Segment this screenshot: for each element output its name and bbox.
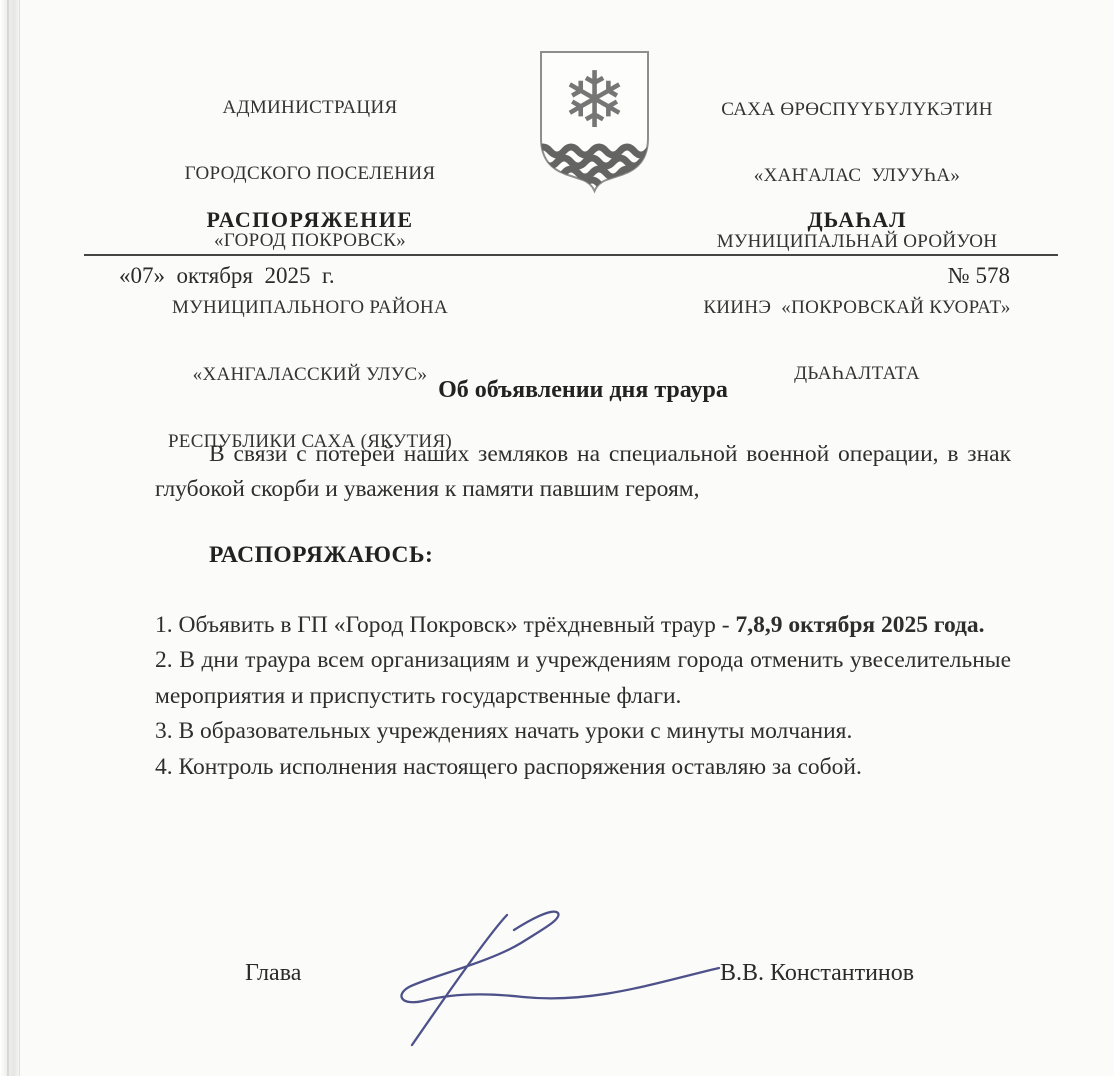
document-number: № 578 (948, 263, 1010, 289)
order-items: 1. Объявить в ГП «Город Покровск» трёхдн… (155, 608, 1011, 785)
order-item-4: 4. Контроль исполнения настоящего распор… (155, 750, 1011, 785)
order-item-3: 3. В образовательных учреждениях начать … (155, 714, 1011, 749)
scanned-document-page: АДМИНИСТРАЦИЯ ГОРОДСКОГО ПОСЕЛЕНИЯ «ГОРО… (0, 0, 1114, 1076)
letterhead-line: МУНИЦИПАЛЬНОГО РАЙОНА (138, 297, 482, 319)
order-item-2: 2. В дни траура всем организациям и учре… (155, 643, 1011, 714)
document-type-russian: РАСПОРЯЖЕНИЕ (138, 207, 482, 233)
letterhead-line: «ХАҤАЛАС УЛУУҺА» (685, 165, 1029, 187)
signatory-role: Глава (245, 960, 301, 987)
order-item-1-text: 1. Объявить в ГП «Город Покровск» трёхдн… (155, 612, 735, 638)
order-item-1-bold-dates: 7,8,9 октября 2025 года. (735, 612, 984, 638)
order-item-1: 1. Объявить в ГП «Город Покровск» трёхдн… (155, 608, 1011, 643)
letterhead-line: МУНИЦИПАЛЬНАЙ ОРОЙУОН (685, 231, 1029, 253)
signatory-name: В.В. Константинов (720, 960, 914, 987)
document-date: «07» октября 2025 г. (119, 263, 335, 289)
coat-of-arms-icon: ❄ (536, 48, 653, 194)
letterhead-line: АДМИНИСТРАЦИЯ (138, 97, 482, 119)
letterhead-line: «ГОРОД ПОКРОВСК» (138, 230, 482, 252)
document-type-sakha: ДЬАҺАЛ (685, 207, 1029, 233)
letterhead-line: САХА ӨРӨСПҮҮБҮЛҮКЭТИН (685, 99, 1029, 121)
document-title: Об объявлении дня траура (155, 377, 1011, 404)
document-body: АДМИНИСТРАЦИЯ ГОРОДСКОГО ПОСЕЛЕНИЯ «ГОРО… (0, 0, 1114, 1076)
order-word: РАСПОРЯЖАЮСЬ: (209, 542, 433, 569)
snowflake-glyph: ❄ (562, 56, 627, 146)
header-divider (84, 254, 1058, 256)
letterhead-sakha: САХА ӨРӨСПҮҮБҮЛҮКЭТИН «ХАҤАЛАС УЛУУҺА» М… (685, 55, 1029, 429)
snowflake-shield-icon: ❄ (536, 48, 653, 194)
letterhead-line: ГОРОДСКОГО ПОСЕЛЕНИЯ (138, 163, 482, 185)
letterhead-line: КИИНЭ «ПОКРОВСКАЙ КУОРАТ» (685, 297, 1029, 319)
handwritten-signature (393, 893, 728, 1063)
preamble-paragraph: В связи с потерей наших земляков на спец… (155, 437, 1011, 507)
waves (536, 147, 653, 188)
